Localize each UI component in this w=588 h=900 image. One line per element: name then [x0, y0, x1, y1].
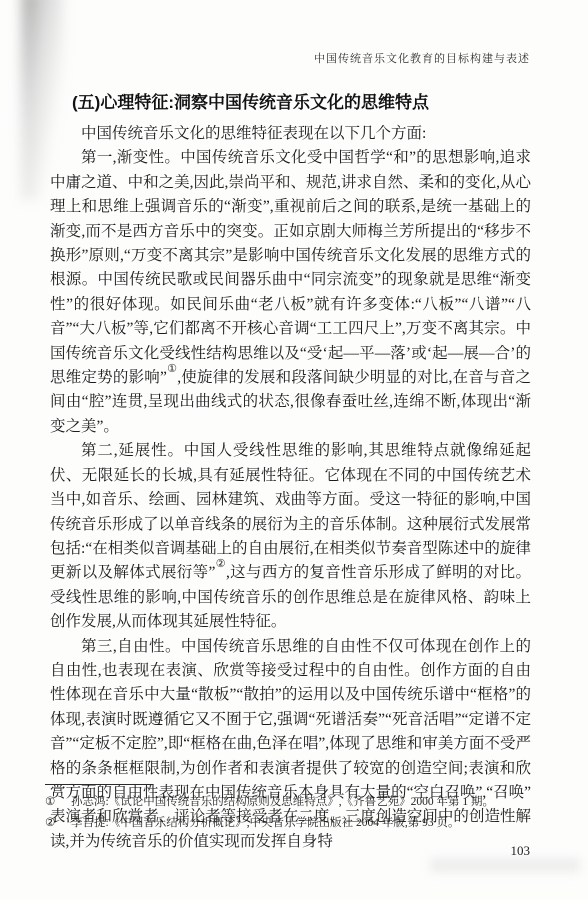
footnote-marker: ② [45, 813, 71, 834]
footnote-divider [45, 784, 153, 785]
body-paragraph: 第二,延展性。中国人受线性思维的影响,其思维特点就像绵延起伏、无限延长的长城,具… [50, 439, 531, 634]
paragraph-list: 第一,渐变性。中国传统音乐文化受中国哲学“和”的思想影响,追求中庸之道、中和之美… [50, 146, 531, 854]
footnote-item: ①孙志鸿:《试论中国传统音乐的结构原则及思维特点》,《齐鲁艺苑》2000 年第 … [45, 792, 533, 813]
footnote-marker: ① [45, 792, 71, 813]
page-body: (五)心理特征:洞察中国传统音乐文化的思维特点 中国传统音乐文化的思维特征表现在… [50, 92, 531, 854]
footnote-ref: ① [167, 363, 177, 375]
running-header: 中国传统音乐文化教育的目标构建与表述 [314, 50, 530, 66]
footnote-text: 李吉提:《中国音乐结构分析概论》,中央音乐学院出版社 2004 年版,第 93 … [71, 813, 533, 834]
footnote-ref: ② [215, 558, 226, 570]
page-number: 103 [511, 843, 531, 859]
scan-smudge [430, 858, 580, 872]
section-heading: (五)心理特征:洞察中国传统音乐文化的思维特点 [50, 92, 531, 113]
body-paragraph: 第一,渐变性。中国传统音乐文化受中国哲学“和”的思想影响,追求中庸之道、中和之美… [50, 146, 531, 439]
footnote-list: ①孙志鸿:《试论中国传统音乐的结构原则及思维特点》,《齐鲁艺苑》2000 年第 … [45, 792, 533, 834]
footnote-text: 孙志鸿:《试论中国传统音乐的结构原则及思维特点》,《齐鲁艺苑》2000 年第 1… [71, 792, 533, 813]
intro-paragraph: 中国传统音乐文化的思维特征表现在以下几个方面: [50, 122, 531, 146]
scanned-book-page: 中国传统音乐文化教育的目标构建与表述 (五)心理特征:洞察中国传统音乐文化的思维… [0, 0, 588, 900]
footnote-item: ②李吉提:《中国音乐结构分析概论》,中央音乐学院出版社 2004 年版,第 93… [45, 813, 533, 834]
